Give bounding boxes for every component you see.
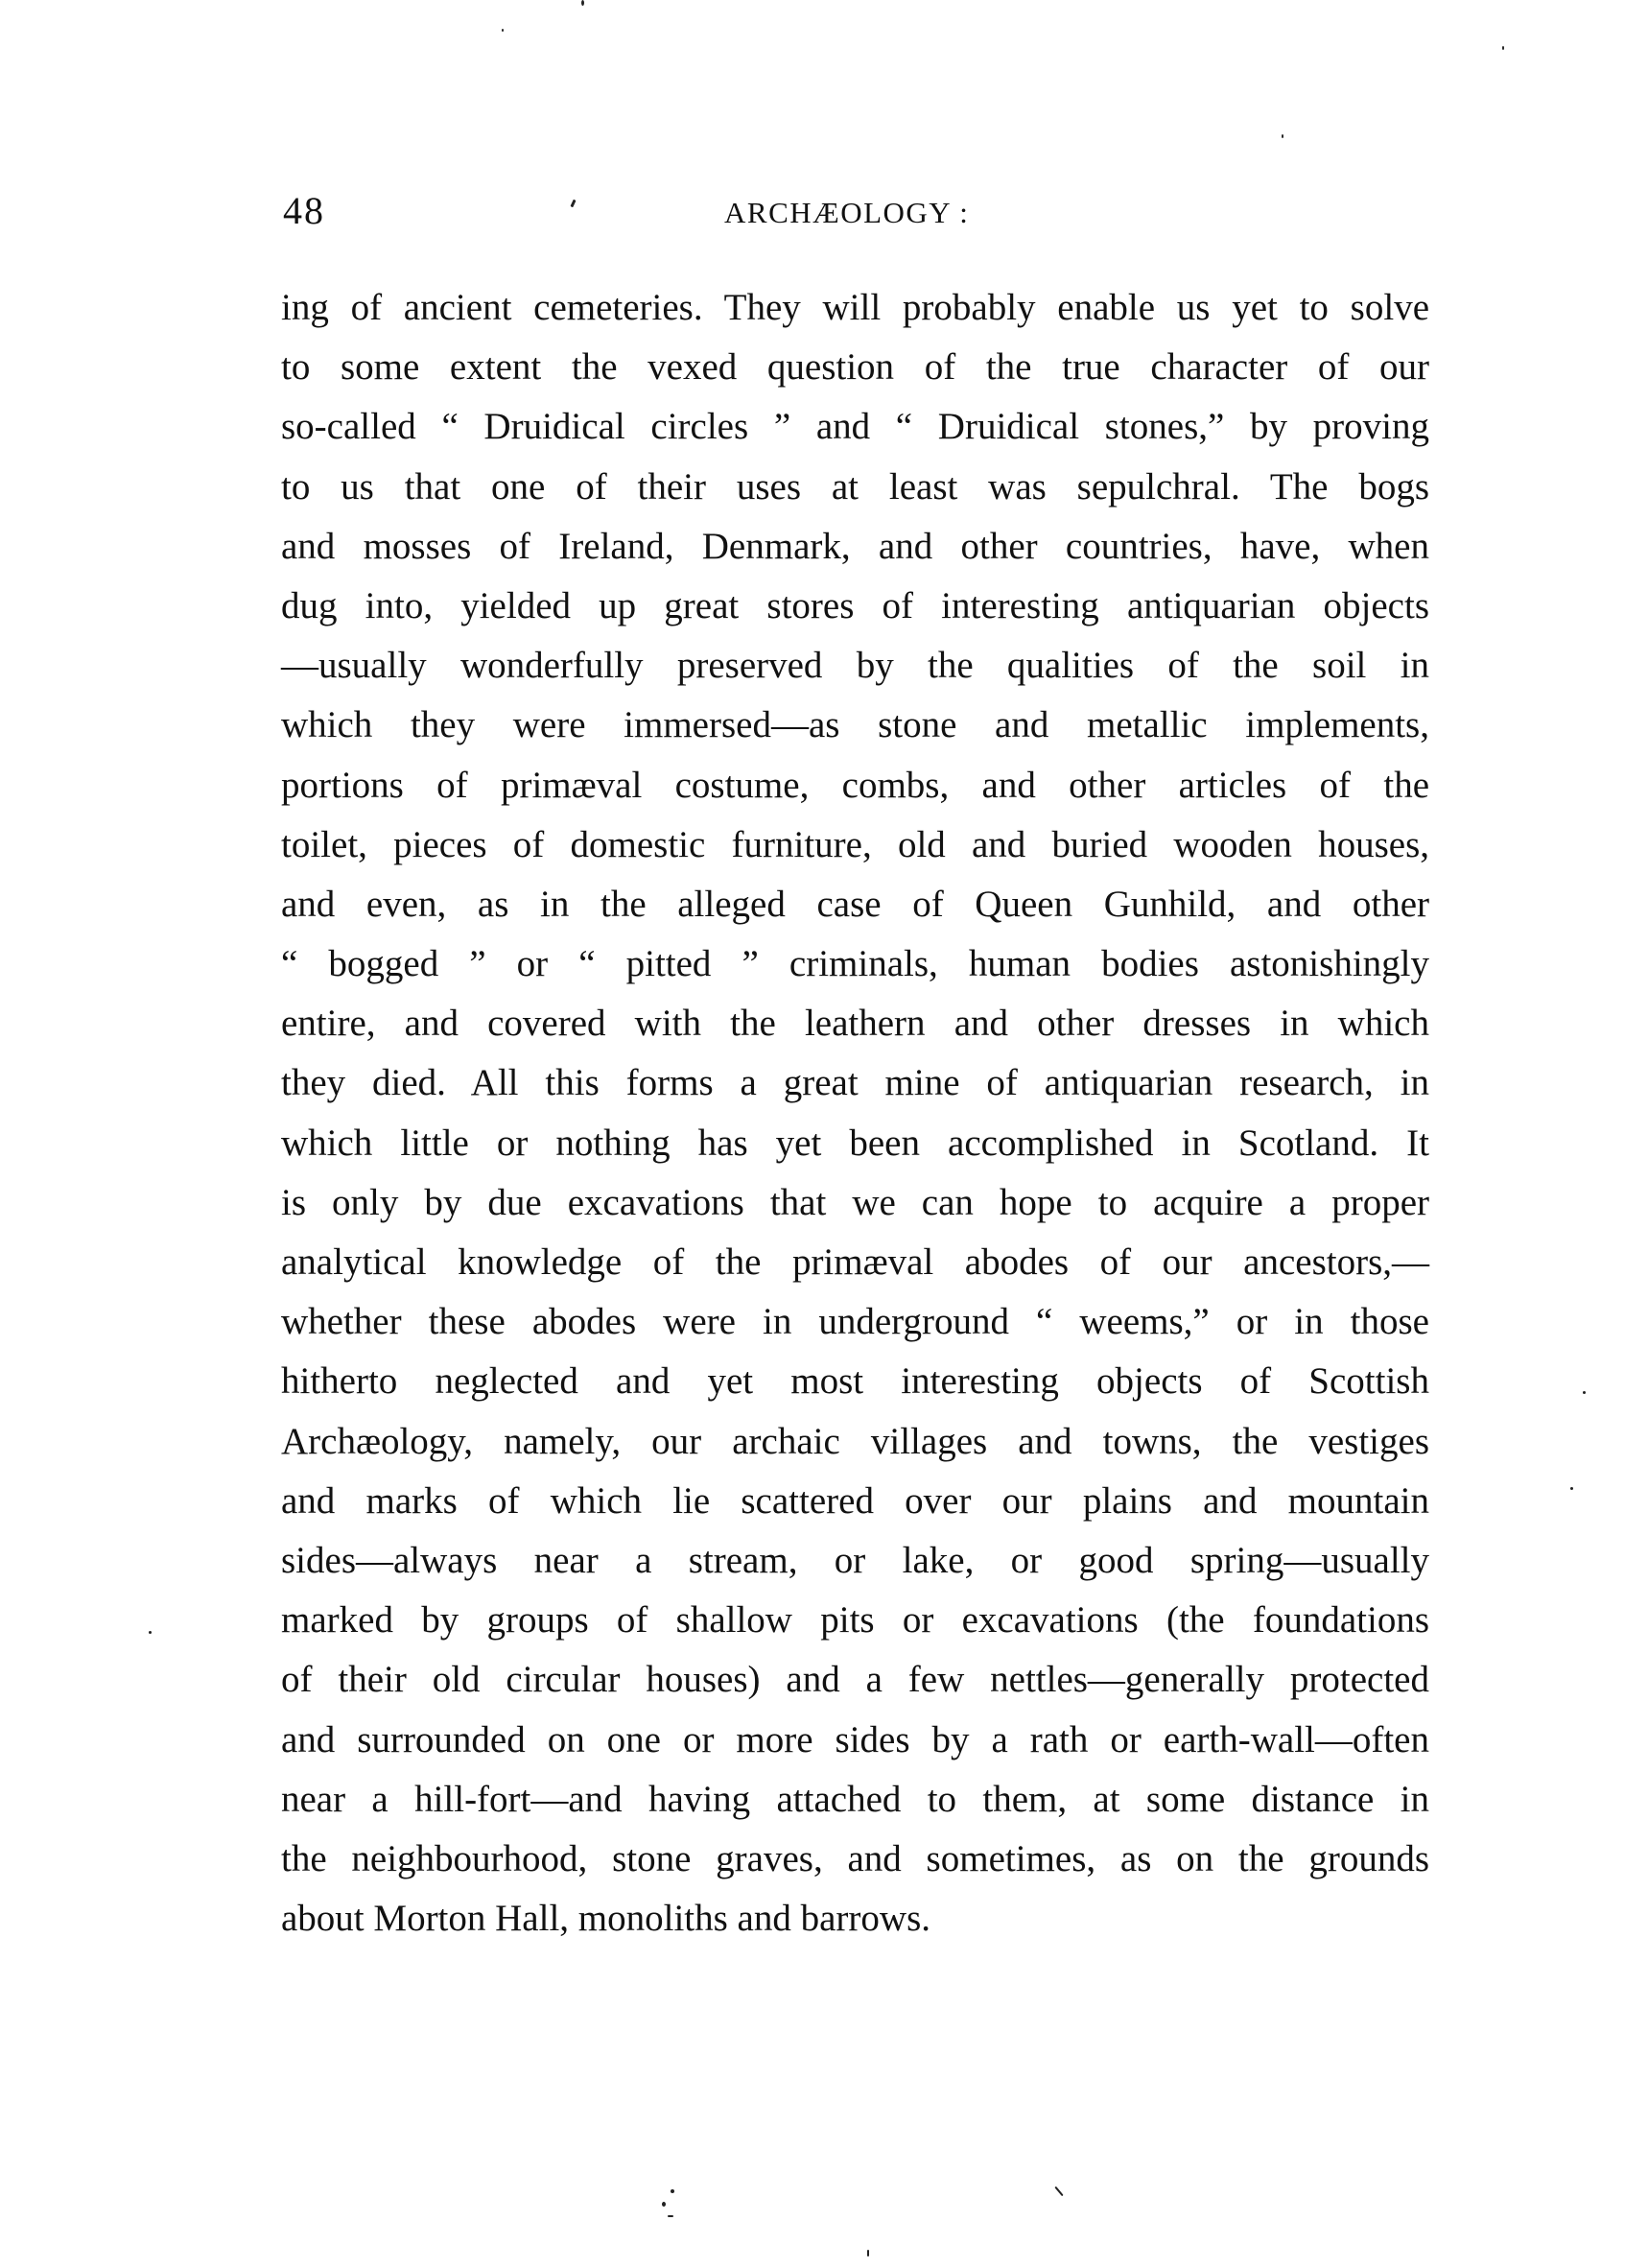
text-line: of their old circular houses) and a few … — [281, 1650, 1429, 1710]
text-line: —usually wonderfully preserved by the qu… — [281, 636, 1429, 696]
scan-speck — [1583, 1391, 1586, 1394]
text-line: portions of primæval costume, combs, and… — [281, 756, 1429, 815]
scan-speck — [662, 2202, 666, 2207]
text-line: dug into, yielded up great stores of int… — [281, 577, 1429, 636]
text-line: “ bogged ” or “ pitted ” criminals, huma… — [281, 934, 1429, 994]
scan-speck — [1502, 46, 1504, 50]
scan-speck — [581, 0, 584, 6]
scan-speck — [1282, 134, 1283, 138]
body-paragraph: ing of ancient cemeteries. They will pro… — [281, 278, 1429, 1949]
text-line: and surrounded on one or more sides by a… — [281, 1711, 1429, 1770]
text-line: they died. All this forms a great mine o… — [281, 1053, 1429, 1113]
text-line: marked by groups of shallow pits or exca… — [281, 1591, 1429, 1650]
text-line: the neighbourhood, stone graves, and som… — [281, 1830, 1429, 1889]
running-title: ARCHÆOLOGY : — [724, 192, 969, 234]
text-line: entire, and covered with the leathern an… — [281, 994, 1429, 1053]
text-line: to some extent the vexed question of the… — [281, 338, 1429, 397]
scan-speck — [149, 1631, 152, 1634]
text-line: is only by due excavations that we can h… — [281, 1173, 1429, 1233]
text-line: hitherto neglected and yet most interest… — [281, 1352, 1429, 1411]
page-number: 48 — [283, 188, 325, 234]
text-line: ing of ancient cemeteries. They will pro… — [281, 278, 1429, 338]
scan-speck — [668, 2215, 673, 2217]
running-head: 48 ARCHÆOLOGY : — [281, 188, 1429, 234]
scan-speck — [502, 29, 504, 32]
text-line: and even, as in the alleged case of Quee… — [281, 875, 1429, 934]
scan-speck — [1054, 2186, 1063, 2196]
text-line: sides—always near a stream, or lake, or … — [281, 1531, 1429, 1591]
text-line: to us that one of their uses at least wa… — [281, 458, 1429, 517]
scan-speck — [671, 2189, 674, 2193]
text-line-last: about Morton Hall, monoliths and barrows… — [281, 1889, 1429, 1949]
scan-speck — [1570, 1487, 1573, 1490]
text-line: toilet, pieces of domestic furniture, ol… — [281, 815, 1429, 875]
text-line: so-called “ Druidical circles ” and “ Dr… — [281, 397, 1429, 457]
text-line: analytical knowledge of the primæval abo… — [281, 1233, 1429, 1292]
text-line: whether these abodes were in underground… — [281, 1292, 1429, 1352]
text-line: near a hill-fort—and having attached to … — [281, 1770, 1429, 1830]
text-line: which little or nothing has yet been acc… — [281, 1114, 1429, 1173]
text-line: Archæology, namely, our archaic villages… — [281, 1412, 1429, 1472]
book-page: 48 ARCHÆOLOGY : ing of ancient cemeterie… — [0, 0, 1648, 2268]
text-line: which they were immersed—as stone and me… — [281, 696, 1429, 755]
text-line: and mosses of Ireland, Denmark, and othe… — [281, 517, 1429, 577]
scan-speck — [867, 2250, 869, 2256]
text-line: and marks of which lie scattered over ou… — [281, 1472, 1429, 1531]
